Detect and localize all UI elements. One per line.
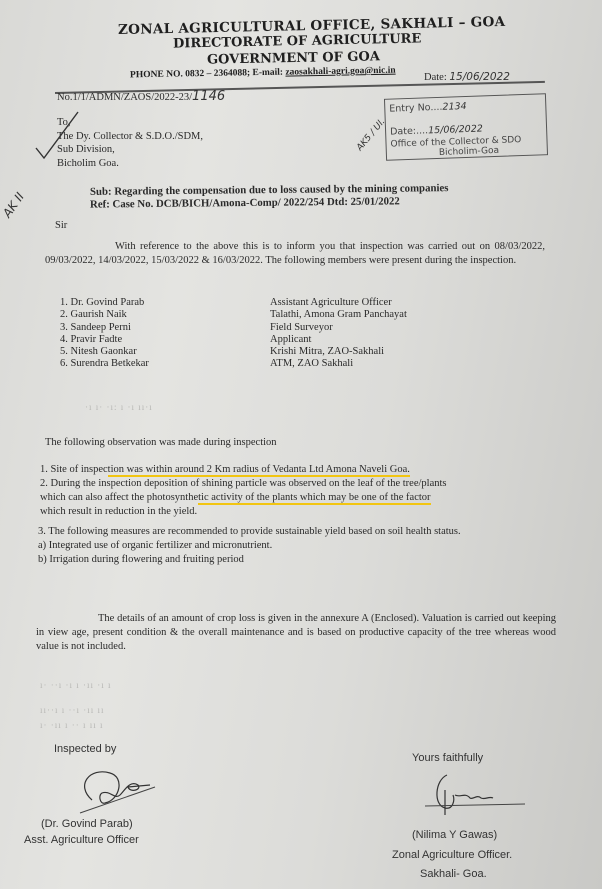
observations: 1. Site of inspection was within around …: [40, 463, 560, 519]
list-item: 6. Surendra BetkekarATM, ZAO Sakhali: [60, 358, 407, 370]
inspector-signature-icon: [70, 765, 160, 820]
list-item: 4. Pravir FadteApplicant: [60, 334, 407, 346]
members-list: 1. Dr. Govind ParabAssistant Agriculture…: [60, 297, 407, 371]
recommendation-b: b) Irrigation during flowering and fruit…: [38, 553, 558, 567]
recommendation-a: a) Integrated use of organic fertilizer …: [38, 539, 558, 553]
officer-name: (Nilima Y Gawas): [412, 829, 497, 841]
inspected-by-label: Inspected by: [54, 743, 116, 755]
date-value: 15/06/2022: [449, 71, 510, 83]
recommendations-intro: 3. The following measures are recommende…: [38, 525, 558, 539]
observation-heading: The following observation was made durin…: [45, 437, 277, 448]
highlighted-text: tion was within around 2 Km radius of Ve…: [108, 464, 410, 477]
stamp-date-value: 15/06/2022: [428, 123, 483, 136]
observation-2: 2. During the inspection deposition of s…: [40, 477, 560, 519]
receipt-stamp: Entry No....2134 Date:....15/06/2022 Off…: [384, 93, 548, 161]
officer-location: Sakhali- Goa.: [420, 868, 487, 880]
contact-line: PHONE NO. 0832 – 2364088; E-mail: zaosak…: [130, 66, 396, 81]
checkmark-icon: [30, 100, 90, 160]
reference-number-handwritten: 1146: [192, 89, 225, 104]
recommendations: 3. The following measures are recommende…: [38, 525, 558, 567]
intro-paragraph: With reference to the above this is to i…: [45, 240, 545, 268]
officer-designation: Zonal Agriculture Officer.: [392, 849, 512, 861]
stamp-margin-note: AK5 / Ul.: [355, 117, 387, 153]
government-title: GOVERNMENT OF GOA: [207, 49, 380, 67]
observation-1: 1. Site of inspection was within around …: [40, 463, 560, 477]
details-paragraph: The details of an amount of crop loss is…: [36, 612, 556, 654]
inspector-designation: Asst. Agriculture Officer: [24, 834, 139, 846]
show-through-text: ı· ·ıı ı ·· ı ıı ı: [40, 720, 104, 730]
stamp-entry-value: 2134: [442, 101, 467, 113]
email-link[interactable]: zaosakhali-agri.goa@nic.in: [285, 66, 395, 78]
stamp-entry-label: Entry No....: [389, 102, 442, 115]
list-item: 1. Dr. Govind ParabAssistant Agriculture…: [60, 297, 407, 309]
inspector-name: (Dr. Govind Parab): [41, 818, 133, 830]
case-reference: Ref: Case No. DCB/BICH/Amona-Comp/ 2022/…: [90, 195, 400, 210]
list-item: 3. Sandeep PerniField Surveyor: [60, 322, 407, 334]
show-through-text: ·ı ı· ·ı: ı ·ı ıı·ı: [85, 402, 153, 412]
stamp-date-label: Date:....: [390, 125, 428, 137]
date-label: Date:: [424, 72, 447, 83]
list-item: 2. Gaurish NaikTalathi, Amona Gram Panch…: [60, 309, 407, 321]
stamp-office-line2: Bicholim-Goa: [439, 146, 499, 158]
phone-label: PHONE NO. 0832 – 2364088; E-mail:: [130, 68, 283, 81]
show-through-text: ı· ··ı ·ı ı ·ıı ·ı ı: [40, 680, 112, 690]
highlighted-text: tic activity of the plants which may be …: [198, 492, 430, 505]
list-item: 5. Nitesh GaonkarKrishi Mitra, ZAO-Sakha…: [60, 346, 407, 358]
closing: Yours faithfully: [412, 752, 483, 764]
salutation: Sir: [55, 220, 67, 231]
letter-date: Date: 15/06/2022: [424, 71, 510, 83]
officer-signature-icon: [425, 770, 535, 820]
show-through-text: ıı··ı ı ··ı ·ıı ıı: [40, 705, 105, 715]
margin-annotation: AK II: [0, 190, 27, 220]
